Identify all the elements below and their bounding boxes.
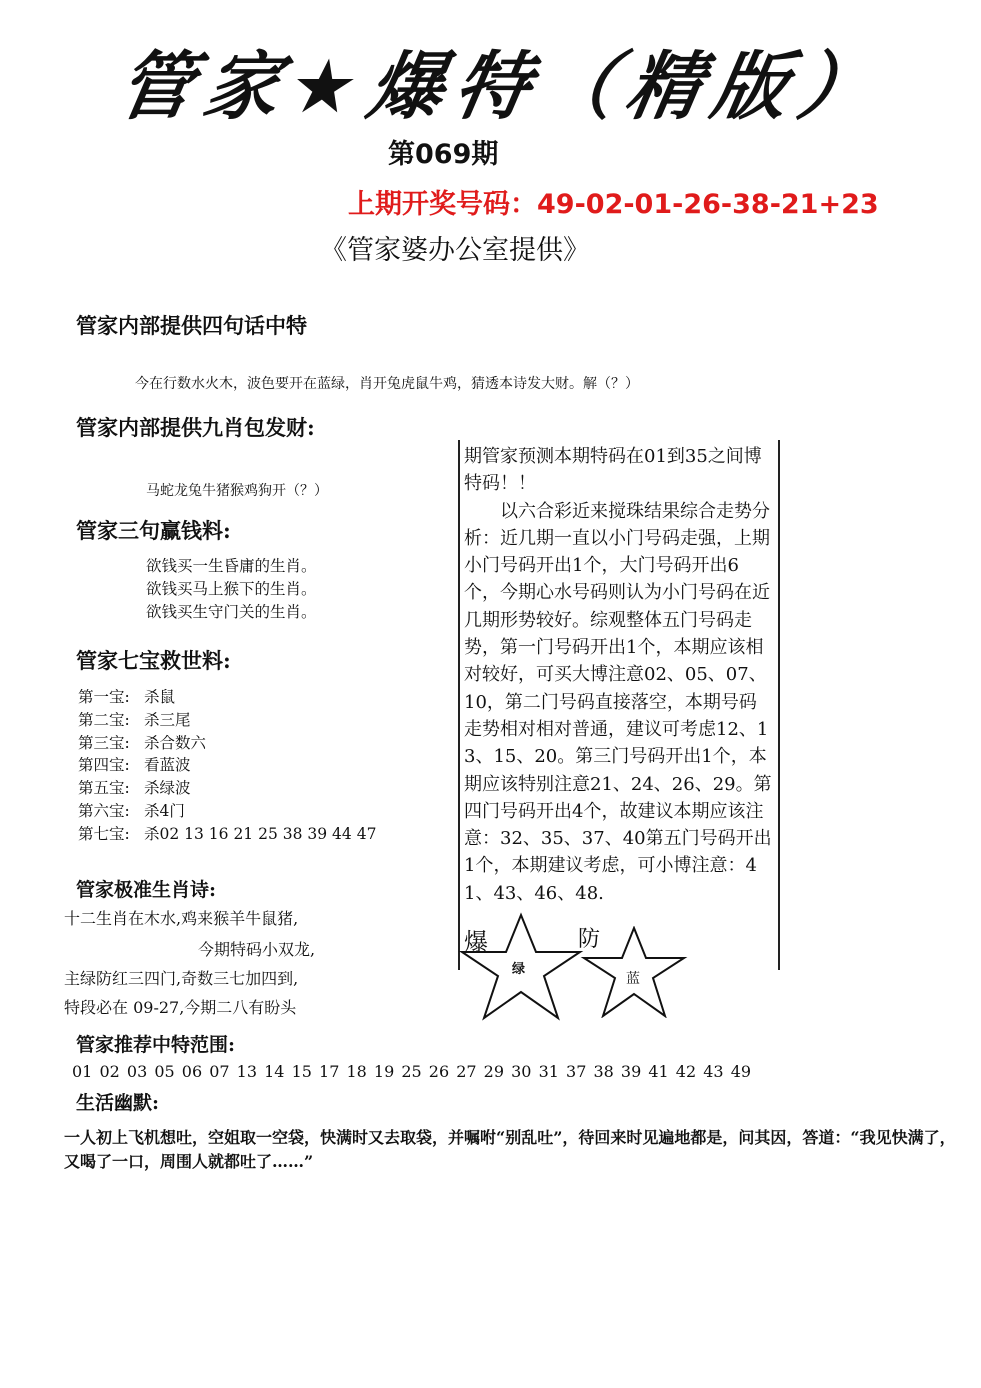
last-draw-result: 上期开奖号码：49-02-01-26-38-21+23 — [348, 182, 879, 221]
treasure-item: 第三宝:杀合数六 — [78, 732, 376, 755]
treasure-item: 第四宝:看蓝波 — [78, 754, 376, 777]
three-lines-item: 欲钱买一生昏庸的生肖。 — [146, 555, 317, 578]
three-lines-list: 欲钱买一生昏庸的生肖。 欲钱买马上猴下的生肖。 欲钱买生守门关的生肖。 — [146, 555, 317, 624]
page-title: 管家★爆特（精版） — [111, 28, 896, 134]
treasure-item: 第一宝:杀鼠 — [78, 686, 376, 709]
treasure-item: 第七宝:杀02 13 16 21 25 38 39 44 47 — [78, 823, 376, 846]
issue-number: 第069期 — [388, 132, 498, 171]
analysis-text: 期管家预测本期特码在01到35之间博特码！！ 以六合彩近来搅珠结果综合走势分析：… — [464, 443, 774, 907]
analysis-body: 以六合彩近来搅珠结果综合走势分析：近几期一直以小门号码走强，上期小门号码开出1个… — [464, 498, 774, 907]
humor-heading: 生活幽默: — [76, 1088, 159, 1115]
seven-treasures-list: 第一宝:杀鼠 第二宝:杀三尾 第三宝:杀合数六 第四宝:看蓝波 第五宝:杀绿波 … — [78, 686, 376, 846]
three-lines-item: 欲钱买生守门关的生肖。 — [146, 601, 317, 624]
poem-line: 十二生肖在木水,鸡来猴羊牛鼠猪, — [64, 906, 298, 929]
analysis-intro: 期管家预测本期特码在01到35之间博特码！！ — [464, 443, 774, 498]
treasure-item: 第五宝:杀绿波 — [78, 777, 376, 800]
recommend-numbers: 01 02 03 05 06 07 13 14 15 17 18 19 25 2… — [72, 1062, 751, 1081]
poem-line: 主绿防红三四门,奇数三七加四到, — [64, 966, 298, 989]
last-draw-label: 上期开奖号码： — [348, 189, 537, 220]
four-lines-text: 今在行数水火木，波色要开在蓝绿，肖开兔虎鼠牛鸡，猜透本诗发大财。解（？） — [135, 373, 639, 393]
star-blue-text: 蓝 — [626, 968, 640, 988]
treasure-item: 第二宝:杀三尾 — [78, 709, 376, 732]
treasure-item: 第六宝:杀4门 — [78, 800, 376, 823]
humor-text: 一人初上飞机想吐，空姐取一空袋，快满时又去取袋，并嘱咐“别乱吐”，待回来时见遍地… — [64, 1126, 964, 1174]
provider-note: 《管家婆办公室提供》 — [320, 228, 590, 267]
three-lines-item: 欲钱买马上猴下的生肖。 — [146, 578, 317, 601]
four-lines-heading: 管家内部提供四句话中特 — [76, 310, 307, 340]
three-lines-heading: 管家三句赢钱料: — [76, 515, 231, 545]
last-draw-numbers: 49-02-01-26-38-21+23 — [537, 189, 879, 220]
seven-treasures-heading: 管家七宝救世料: — [76, 645, 231, 675]
nine-zodiac-heading: 管家内部提供九肖包发财: — [76, 412, 315, 442]
star-green-text: 绿 — [512, 958, 525, 977]
nine-zodiac-text: 马蛇龙兔牛猪猴鸡狗开（？） — [146, 480, 328, 500]
poem-line: 今期特码小双龙, — [198, 937, 315, 960]
recommend-heading: 管家推荐中特范围: — [76, 1030, 235, 1057]
poem-heading: 管家极准生肖诗: — [76, 875, 216, 902]
poem-line: 特段必在 09-27,今期二八有盼头 — [64, 995, 296, 1018]
